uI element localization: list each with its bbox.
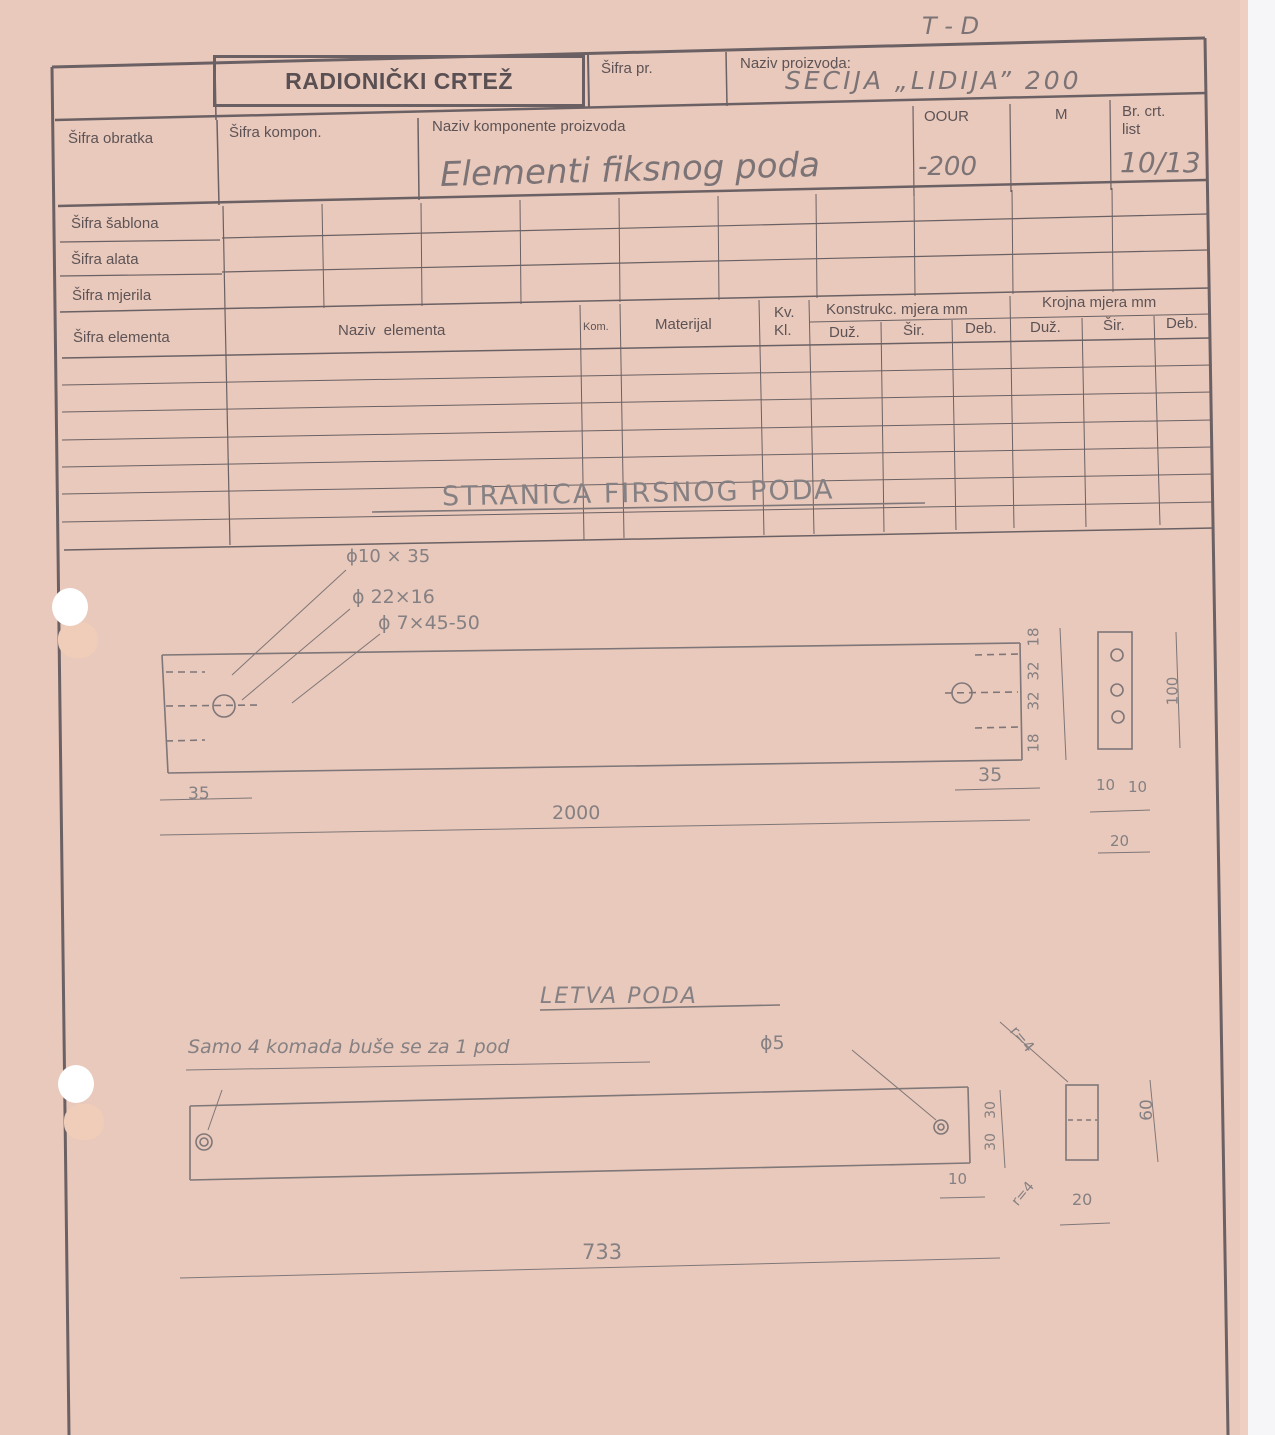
callout-dowel: ϕ10 × 35 bbox=[346, 546, 430, 567]
dim-letva-height: 60 bbox=[1137, 1099, 1157, 1121]
dim-section-w1: 10 bbox=[1096, 776, 1115, 794]
callout-screw: ϕ 7×45-50 bbox=[378, 612, 480, 634]
col-kl: Kl. bbox=[774, 322, 792, 339]
col-konstrukc-deb: Deb. bbox=[965, 320, 997, 337]
sifra-sablona-label: Šifra šablona bbox=[71, 215, 159, 232]
br-crt-label: Br. crt. bbox=[1122, 103, 1165, 120]
dim-length: 2000 bbox=[552, 802, 600, 824]
sifra-pr-label: Šifra pr. bbox=[601, 60, 653, 77]
col-krojna-sir: Šir. bbox=[1103, 317, 1125, 334]
col-konstrukc-duz: Duž. bbox=[829, 324, 860, 341]
drawing2-hole: ϕ5 bbox=[760, 1032, 785, 1054]
drawing2-note: Samo 4 komada buše se za 1 pod bbox=[188, 1036, 509, 1058]
oour-label: OOUR bbox=[924, 108, 969, 125]
sifra-mjerila-label: Šifra mjerila bbox=[72, 287, 151, 304]
br-crt-value[interactable]: 10/13 bbox=[1120, 146, 1201, 179]
col-sifra-elementa: Šifra elementa bbox=[73, 329, 170, 346]
dim-left-offset: 35 bbox=[188, 784, 210, 804]
dim-letva-v1: 30 bbox=[983, 1101, 999, 1119]
br-crt-list-label: list bbox=[1122, 121, 1140, 138]
col-kv: Kv. bbox=[774, 304, 795, 321]
col-konstrukc-mjera: Konstrukc. mjera mm bbox=[826, 301, 968, 318]
punch-hole-tear bbox=[58, 622, 98, 658]
punch-hole bbox=[58, 1065, 94, 1103]
punch-hole-tear bbox=[64, 1104, 104, 1140]
dim-letva-edge: 10 bbox=[948, 1170, 967, 1188]
dim-right-offset: 35 bbox=[978, 764, 1002, 786]
col-kom: Kom. bbox=[583, 321, 609, 333]
naziv-komponente-label: Naziv komponente proizvoda bbox=[432, 118, 625, 135]
m-label: M bbox=[1055, 106, 1068, 123]
dim-section-w2: 10 bbox=[1128, 778, 1147, 796]
dim-section-height: 100 bbox=[1163, 677, 1181, 706]
form-title: RADIONIČKI CRTEŽ bbox=[213, 55, 585, 107]
sifra-kompon-label: Šifra kompon. bbox=[229, 124, 322, 141]
col-konstrukc-sir: Šir. bbox=[903, 322, 925, 339]
col-krojna-mjera: Krojna mjera mm bbox=[1042, 294, 1156, 311]
dim-v4: 18 bbox=[1025, 733, 1043, 752]
col-materijal: Materijal bbox=[655, 316, 712, 333]
oour-value[interactable]: -200 bbox=[918, 152, 977, 182]
dim-v3: 32 bbox=[1025, 691, 1043, 710]
form-grid bbox=[0, 0, 1275, 1435]
dim-v2: 32 bbox=[1025, 661, 1043, 680]
dim-letva-v2: 30 bbox=[983, 1133, 999, 1151]
drawing2-title: LETVA PODA bbox=[540, 984, 698, 1009]
punch-hole bbox=[52, 588, 88, 626]
col-krojna-duz: Duž. bbox=[1030, 319, 1061, 336]
dim-letva-width: 20 bbox=[1072, 1190, 1092, 1209]
naziv-proizvoda-value[interactable]: SEĆIJA „LIDIJA” 200 bbox=[785, 66, 1082, 95]
col-naziv-elementa: Naziv elementa bbox=[338, 322, 445, 339]
callout-bore: ϕ 22×16 bbox=[352, 586, 435, 608]
col-krojna-deb: Deb. bbox=[1166, 315, 1198, 332]
sifra-obratka-label: Šifra obratka bbox=[68, 130, 153, 147]
sifra-alata-label: Šifra alata bbox=[71, 251, 139, 268]
dim-letva-length: 733 bbox=[582, 1240, 622, 1264]
dim-v1: 18 bbox=[1025, 627, 1043, 646]
dim-section-total: 20 bbox=[1110, 832, 1129, 850]
